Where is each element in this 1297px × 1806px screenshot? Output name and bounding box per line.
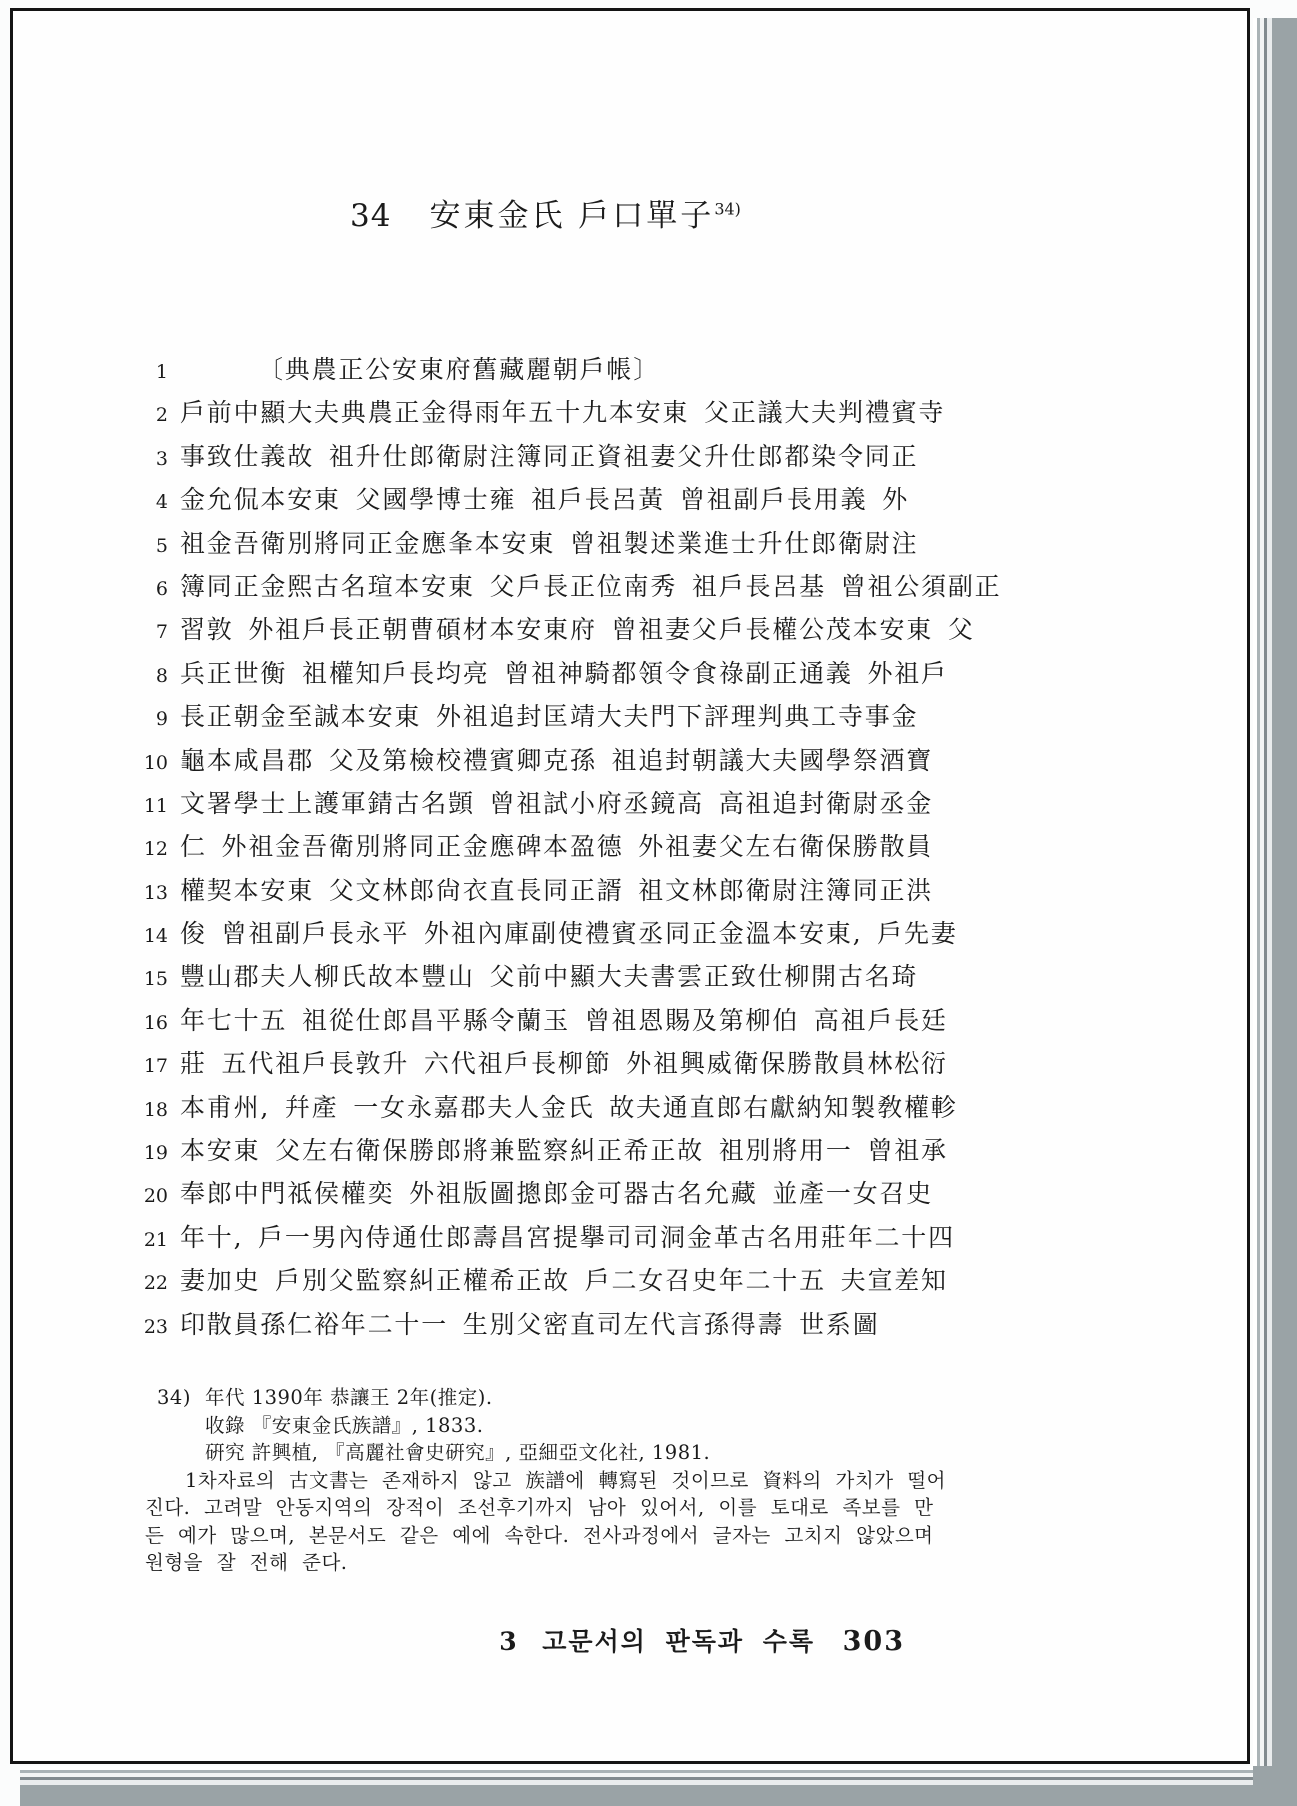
line-text: 年七十五 祖從仕郎昌平縣令蘭玉 曾祖恩賜及第柳伯 高祖戶長廷 — [180, 1001, 948, 1037]
title-text: 安東金氏 戶口單子 — [429, 198, 714, 234]
transcription-line: 4 金允侃本安東 父國學博士雍 祖戶長呂黃 曾祖副戶長用義 外 — [130, 480, 1190, 523]
line-number: 19 — [130, 1142, 168, 1164]
line-number: 22 — [130, 1272, 168, 1294]
title-number: 34 — [350, 198, 391, 234]
transcription-line: 9 長正朝金至誠本安東 外祖追封匡靖大夫門下評理判典工寺事金 — [130, 697, 1190, 740]
footnote-line: 收錄 『安東金氏族譜』, 1833. — [145, 1412, 975, 1440]
transcription-line: 7 習敦 外祖戶長正朝曹碩材本安東府 曾祖妻父戶長權公茂本安東 父 — [130, 610, 1190, 653]
transcription-line: 5 祖金吾衛別將同正金應夆本安東 曾祖製述業進士升仕郎衛尉注 — [130, 524, 1190, 567]
book-page-edge-right — [1253, 18, 1297, 1788]
line-text: 豐山郡夫人柳氏故本豐山 父前中顯大夫書雲正致仕柳開古名琦 — [180, 957, 918, 993]
footnote-line: 1차자료의 古文書는 존재하지 않고 族譜에 轉寫된 것이므로 資料의 가치가 … — [145, 1467, 975, 1495]
scanned-book-page: { "title": { "num": "34", "main": "安東金氏 … — [0, 0, 1297, 1806]
line-text: 祖金吾衛別將同正金應夆本安東 曾祖製述業進士升仕郎衛尉注 — [180, 524, 918, 560]
line-number: 20 — [130, 1185, 168, 1207]
transcription-line: 15 豐山郡夫人柳氏故本豐山 父前中顯大夫書雲正致仕柳開古名琦 — [130, 957, 1190, 1000]
transcription-line: 12 仁 外祖金吾衛別將同正金應碑本盈德 外祖妻父左右衛保勝散員 — [130, 827, 1190, 870]
line-number: 14 — [130, 925, 168, 947]
line-text: 兵正世衡 祖權知戶長均亮 曾祖神騎都領令食祿副正通義 外祖戶 — [180, 654, 948, 690]
line-text: 習敦 外祖戶長正朝曹碩材本安東府 曾祖妻父戶長權公茂本安東 父 — [180, 610, 975, 646]
footnote-rest: 收錄 『安東金氏族譜』, 1833. 硏究 許興植, 『高麗社會史硏究』, 亞細… — [145, 1412, 975, 1577]
line-number: 10 — [130, 752, 168, 774]
line-text: 金允侃本安東 父國學博士雍 祖戶長呂黃 曾祖副戶長用義 外 — [180, 480, 909, 516]
line-text: 戶前中顯大夫典農正金得雨年五十九本安東 父正議大夫判禮賓寺 — [180, 393, 945, 429]
line-text: 事致仕義故 祖升仕郎衛尉注簿同正資祖妻父升仕郎都染令同正 — [180, 437, 918, 473]
footnote-line-text: 원형을 잘 전해 준다. — [145, 1551, 348, 1574]
line-text: 長正朝金至誠本安東 外祖追封匡靖大夫門下評理判典工寺事金 — [180, 697, 918, 733]
line-number: 11 — [130, 795, 168, 817]
line-text: 本甫州, 幷產 一女永嘉郡夫人金氏 故夫通直郎右獻納知製敎權軫 — [180, 1088, 958, 1124]
footnote-line-text: 硏究 許興植, 『高麗社會史硏究』, 亞細亞文化社, 1981. — [205, 1441, 710, 1464]
transcription-line: 2 戶前中顯大夫典農正金得雨年五十九本安東 父正議大夫判禮賓寺 — [130, 393, 1190, 436]
transcription-line: 21 年十, 戶一男內侍通仕郎壽昌宮提擧司司洞金革古名用莊年二十四 — [130, 1218, 1190, 1261]
line-text: 年十, 戶一男內侍通仕郎壽昌宮提擧司司洞金革古名用莊年二十四 — [180, 1218, 955, 1254]
footnote-line: 원형을 잘 전해 준다. — [145, 1549, 975, 1577]
line-text: 仁 外祖金吾衛別將同正金應碑本盈德 外祖妻父左右衛保勝散員 — [180, 827, 933, 863]
line-number: 9 — [130, 708, 168, 730]
footnote-line: 진다. 고려말 안동지역의 장적이 조선후기까지 남아 있어서, 이를 토대로 … — [145, 1494, 975, 1522]
line-number: 15 — [130, 968, 168, 990]
transcription-line: 14 俊 曾祖副戶長永平 外祖內庫副使禮賓丞同正金溫本安東, 戶先妻 — [130, 914, 1190, 957]
footer-chapter-title: 고문서의 판독과 수록 — [542, 1627, 815, 1656]
footnote-marker: 34) — [145, 1384, 205, 1412]
line-text: 權契本安東 父文林郎尙衣直長同正諝 祖文林郎衛尉注簿同正洪 — [180, 871, 933, 907]
line-number: 1 — [130, 361, 168, 383]
line-number: 2 — [130, 404, 168, 426]
document-title: 34安東金氏 戶口單子34) — [350, 190, 741, 235]
transcription-line: 6 簿同正金熙古名瑄本安東 父戶長正位南秀 祖戶長呂基 曾祖公須副正 — [130, 567, 1190, 610]
footnote-line: 硏究 許興植, 『高麗社會史硏究』, 亞細亞文化社, 1981. — [145, 1439, 975, 1467]
line-text: 奉郎中門祗侯權奕 外祖版圖摠郎金可器古名允藏 並產一女召史 — [180, 1174, 933, 1210]
line-number: 7 — [130, 621, 168, 643]
line-text: 文署學士上護軍錆古名顗 曾祖試小府丞鏡高 高祖追封衛尉丞金 — [180, 784, 933, 820]
transcription-line: 10 龜本咸昌郡 父及第檢校禮賓卿克孫 祖追封朝議大夫國學祭酒寶 — [130, 741, 1190, 784]
footer-section-number: 3 — [499, 1627, 516, 1656]
book-page-edge-corner — [1253, 1766, 1297, 1806]
transcription-line: 8 兵正世衡 祖權知戶長均亮 曾祖神騎都領令食祿副正通義 外祖戶 — [130, 654, 1190, 697]
line-number: 17 — [130, 1055, 168, 1077]
line-text: 妻加史 戶別父監察糾正權希正故 戶二女召史年二十五 夫宣差知 — [180, 1261, 948, 1297]
footnote-line-text: 진다. 고려말 안동지역의 장적이 조선후기까지 남아 있어서, 이를 토대로 … — [145, 1496, 934, 1519]
footer-page-number: 303 — [843, 1626, 905, 1657]
title-footnote-ref: 34) — [714, 200, 741, 219]
line-text: 俊 曾祖副戶長永平 外祖內庫副使禮賓丞同正金溫本安東, 戶先妻 — [180, 914, 958, 950]
footnote-first-line: 34) 年代 1390年 恭讓王 2年(推定). — [145, 1384, 975, 1412]
line-number: 8 — [130, 665, 168, 687]
line-text: 龜本咸昌郡 父及第檢校禮賓卿克孫 祖追封朝議大夫國學祭酒寶 — [180, 741, 933, 777]
line-text: 印散員孫仁裕年二十一 生別父密直司左代言孫得壽 世系圖 — [180, 1305, 880, 1341]
transcription-line: 22 妻加史 戶別父監察糾正權希正故 戶二女召史年二十五 夫宣差知 — [130, 1261, 1190, 1304]
footnote-first-text: 年代 1390年 恭讓王 2年(推定). — [205, 1384, 493, 1412]
transcription-line: 11 文署學士上護軍錆古名顗 曾祖試小府丞鏡高 高祖追封衛尉丞金 — [130, 784, 1190, 827]
book-page-edge-bottom — [20, 1766, 1270, 1806]
transcription-line: 18 本甫州, 幷產 一女永嘉郡夫人金氏 故夫通直郎右獻納知製敎權軫 — [130, 1088, 1190, 1131]
transcription-line: 13 權契本安東 父文林郎尙衣直長同正諝 祖文林郎衛尉注簿同正洪 — [130, 871, 1190, 914]
footnote-line-text: 든 예가 많으며, 본문서도 같은 예에 속한다. 전사과정에서 글자는 고치지… — [145, 1524, 934, 1547]
line-text: 簿同正金熙古名瑄本安東 父戶長正位南秀 祖戶長呂基 曾祖公須副正 — [180, 567, 1001, 603]
footnote-block: 34) 年代 1390年 恭讓王 2年(推定). 收錄 『安東金氏族譜』, 18… — [145, 1384, 975, 1577]
line-text: 〔典農正公安東府舊藏麗朝戶帳〕 — [180, 350, 660, 386]
page-footer: 3 고문서의 판독과 수록 303 — [0, 1622, 905, 1658]
footnote-line-text: 1차자료의 古文書는 존재하지 않고 族譜에 轉寫된 것이므로 資料의 가치가 … — [185, 1469, 946, 1492]
line-number: 3 — [130, 448, 168, 470]
footnote-line: 든 예가 많으며, 본문서도 같은 예에 속한다. 전사과정에서 글자는 고치지… — [145, 1522, 975, 1550]
line-number: 12 — [130, 838, 168, 860]
transcription-line: 17 莊 五代祖戶長敦升 六代祖戶長柳節 外祖興威衛保勝散員林松衍 — [130, 1044, 1190, 1087]
line-text: 本安東 父左右衛保勝郎將兼監察糾正希正故 祖別將用一 曾祖承 — [180, 1131, 948, 1167]
transcription-line: 3 事致仕義故 祖升仕郎衛尉注簿同正資祖妻父升仕郎都染令同正 — [130, 437, 1190, 480]
line-text: 莊 五代祖戶長敦升 六代祖戶長柳節 外祖興威衛保勝散員林松衍 — [180, 1044, 948, 1080]
line-number: 18 — [130, 1099, 168, 1121]
line-number: 13 — [130, 882, 168, 904]
line-number: 5 — [130, 535, 168, 557]
transcription-line: 23 印散員孫仁裕年二十一 生別父密直司左代言孫得壽 世系圖 — [130, 1305, 1190, 1348]
line-number: 21 — [130, 1229, 168, 1251]
line-number: 16 — [130, 1012, 168, 1034]
footnote-line-text: 收錄 『安東金氏族譜』, 1833. — [205, 1414, 483, 1437]
line-number: 23 — [130, 1316, 168, 1338]
transcription-line: 20 奉郎中門祗侯權奕 外祖版圖摠郎金可器古名允藏 並產一女召史 — [130, 1174, 1190, 1217]
line-number: 4 — [130, 491, 168, 513]
line-number: 6 — [130, 578, 168, 600]
transcription-line: 1 〔典農正公安東府舊藏麗朝戶帳〕 — [130, 350, 1190, 393]
transcription-line: 19 本安東 父左右衛保勝郎將兼監察糾正希正故 祖別將用一 曾祖承 — [130, 1131, 1190, 1174]
transcription-line: 16 年七十五 祖從仕郎昌平縣令蘭玉 曾祖恩賜及第柳伯 高祖戶長廷 — [130, 1001, 1190, 1044]
transcription-body: 1 〔典農正公安東府舊藏麗朝戶帳〕 2 戶前中顯大夫典農正金得雨年五十九本安東 … — [130, 350, 1190, 1348]
